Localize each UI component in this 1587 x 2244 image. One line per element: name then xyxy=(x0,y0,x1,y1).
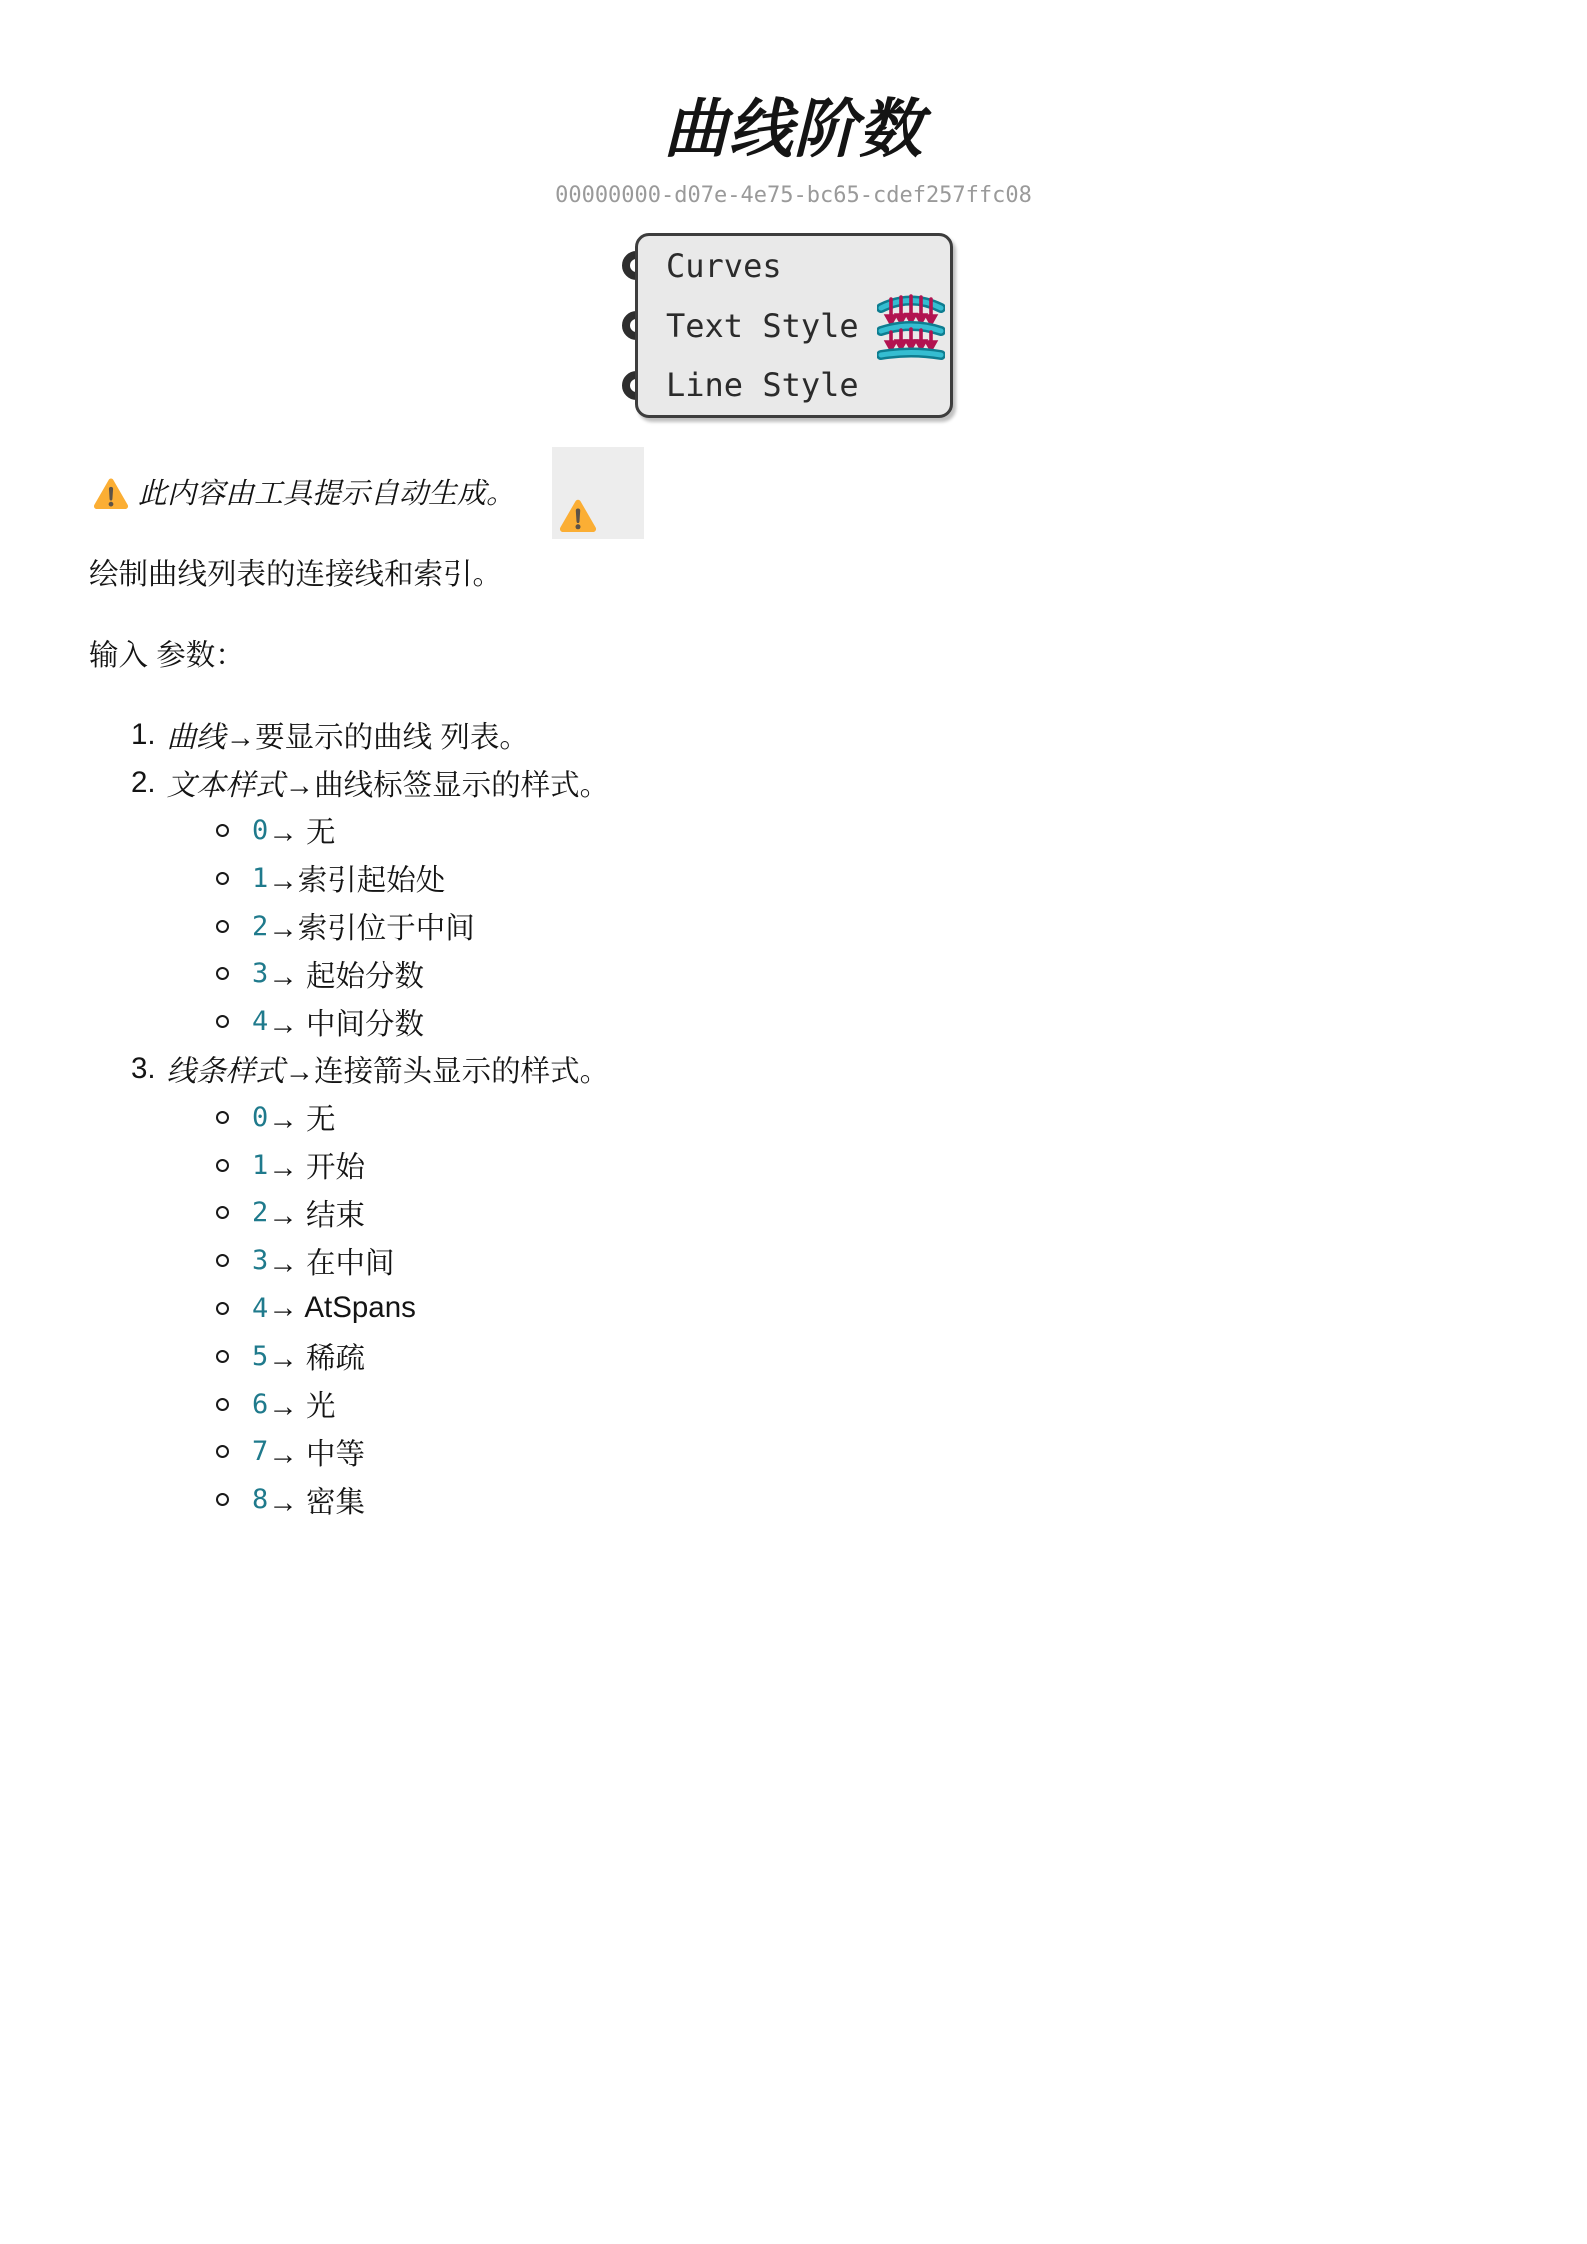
option-code: 2 xyxy=(252,911,268,942)
option-text: → 密集 xyxy=(268,1479,365,1521)
circle-bullet xyxy=(216,967,229,980)
option-text: → 无 xyxy=(268,1096,335,1138)
component-uuid: 00000000-d07e-4e75-bc65-cdef257ffc08 xyxy=(0,183,1587,208)
param-name: 文本样式 xyxy=(167,762,285,804)
option-code: 0 xyxy=(252,815,268,846)
param-option: 1→ 开始 xyxy=(0,1141,1587,1189)
param-name: 曲线 xyxy=(167,714,226,756)
param-item-2: 2.文本样式→曲线标签显示的样式。 xyxy=(0,759,1587,807)
param-name: 线条样式 xyxy=(167,1048,285,1090)
component-input-curves: Curves xyxy=(638,236,950,296)
param-option: 3→ 起始分数 xyxy=(0,950,1587,998)
param-option: 6→ 光 xyxy=(0,1380,1587,1428)
curve-spans-icon xyxy=(877,291,945,361)
option-code: 1 xyxy=(252,863,268,894)
option-text: → 无 xyxy=(268,809,335,851)
circle-bullet xyxy=(216,1350,229,1363)
option-text: →索引位于中间 xyxy=(268,905,475,947)
warning-icon xyxy=(92,476,130,510)
option-text: → 稀疏 xyxy=(268,1335,365,1377)
param-description: →要显示的曲线 列表。 xyxy=(226,714,529,756)
option-code: 4 xyxy=(252,1293,268,1324)
param-option: 8→ 密集 xyxy=(0,1476,1587,1524)
option-code: 7 xyxy=(252,1436,268,1467)
params-list: 1.曲线→要显示的曲线 列表。2.文本样式→曲线标签显示的样式。0→ 无1→索引… xyxy=(0,711,1587,1524)
param-option: 0→ 无 xyxy=(0,1093,1587,1141)
inputs-heading: 输入 参数： xyxy=(89,638,245,675)
circle-bullet xyxy=(216,1111,229,1124)
param-option: 5→ 稀疏 xyxy=(0,1332,1587,1380)
option-code: 8 xyxy=(252,1484,268,1515)
component-box: CurvesText StyleLine Style xyxy=(635,233,953,418)
circle-bullet xyxy=(216,1445,229,1458)
circle-bullet xyxy=(216,1302,229,1315)
option-code: 3 xyxy=(252,958,268,989)
doc-page: 曲线阶数 00000000-d07e-4e75-bc65-cdef257ffc0… xyxy=(0,0,1587,2244)
circle-bullet xyxy=(216,872,229,885)
option-text: →索引起始处 xyxy=(268,857,445,899)
param-index: 1. xyxy=(131,718,156,752)
option-code: 4 xyxy=(252,1006,268,1037)
component-input-line-style: Line Style xyxy=(638,355,950,415)
option-text: → 结束 xyxy=(268,1192,365,1234)
param-description: →曲线标签显示的样式。 xyxy=(285,762,610,804)
option-text: → 中间分数 xyxy=(268,1001,424,1043)
option-code: 6 xyxy=(252,1389,268,1420)
param-index: 2. xyxy=(131,766,156,800)
param-option: 1→索引起始处 xyxy=(0,854,1587,902)
param-option: 2→ 结束 xyxy=(0,1189,1587,1237)
param-item-3: 3.线条样式→连接箭头显示的样式。 xyxy=(0,1046,1587,1094)
notice-text: 此内容由工具提示自动生成。 xyxy=(138,477,515,512)
circle-bullet xyxy=(216,1398,229,1411)
warning-image xyxy=(552,447,644,539)
page-title: 曲线阶数 xyxy=(0,96,1587,163)
option-code: 2 xyxy=(252,1197,268,1228)
option-text: → 起始分数 xyxy=(268,953,424,995)
param-item-1: 1.曲线→要显示的曲线 列表。 xyxy=(0,711,1587,759)
circle-bullet xyxy=(216,1493,229,1506)
option-code: 0 xyxy=(252,1102,268,1133)
option-code: 3 xyxy=(252,1245,268,1276)
option-code: 1 xyxy=(252,1150,268,1181)
param-option: 4→ 中间分数 xyxy=(0,998,1587,1046)
option-text: → 在中间 xyxy=(268,1240,394,1282)
circle-bullet xyxy=(216,1206,229,1219)
component-diagram: CurvesText StyleLine Style xyxy=(635,233,953,418)
circle-bullet xyxy=(216,1254,229,1267)
circle-bullet xyxy=(216,920,229,933)
description: 绘制曲线列表的连接线和索引。 xyxy=(89,557,502,594)
param-option: 3→ 在中间 xyxy=(0,1237,1587,1285)
param-option: 2→索引位于中间 xyxy=(0,902,1587,950)
option-text: → 光 xyxy=(268,1383,335,1425)
option-text: → 中等 xyxy=(268,1431,365,1473)
param-option: 0→ 无 xyxy=(0,807,1587,855)
param-index: 3. xyxy=(131,1052,156,1086)
circle-bullet xyxy=(216,824,229,837)
option-text: → AtSpans xyxy=(268,1291,416,1325)
option-text: → 开始 xyxy=(268,1144,365,1186)
circle-bullet xyxy=(216,1159,229,1172)
circle-bullet xyxy=(216,1015,229,1028)
param-option: 7→ 中等 xyxy=(0,1428,1587,1476)
param-description: →连接箭头显示的样式。 xyxy=(285,1048,610,1090)
param-option: 4→ AtSpans xyxy=(0,1285,1587,1333)
option-code: 5 xyxy=(252,1341,268,1372)
